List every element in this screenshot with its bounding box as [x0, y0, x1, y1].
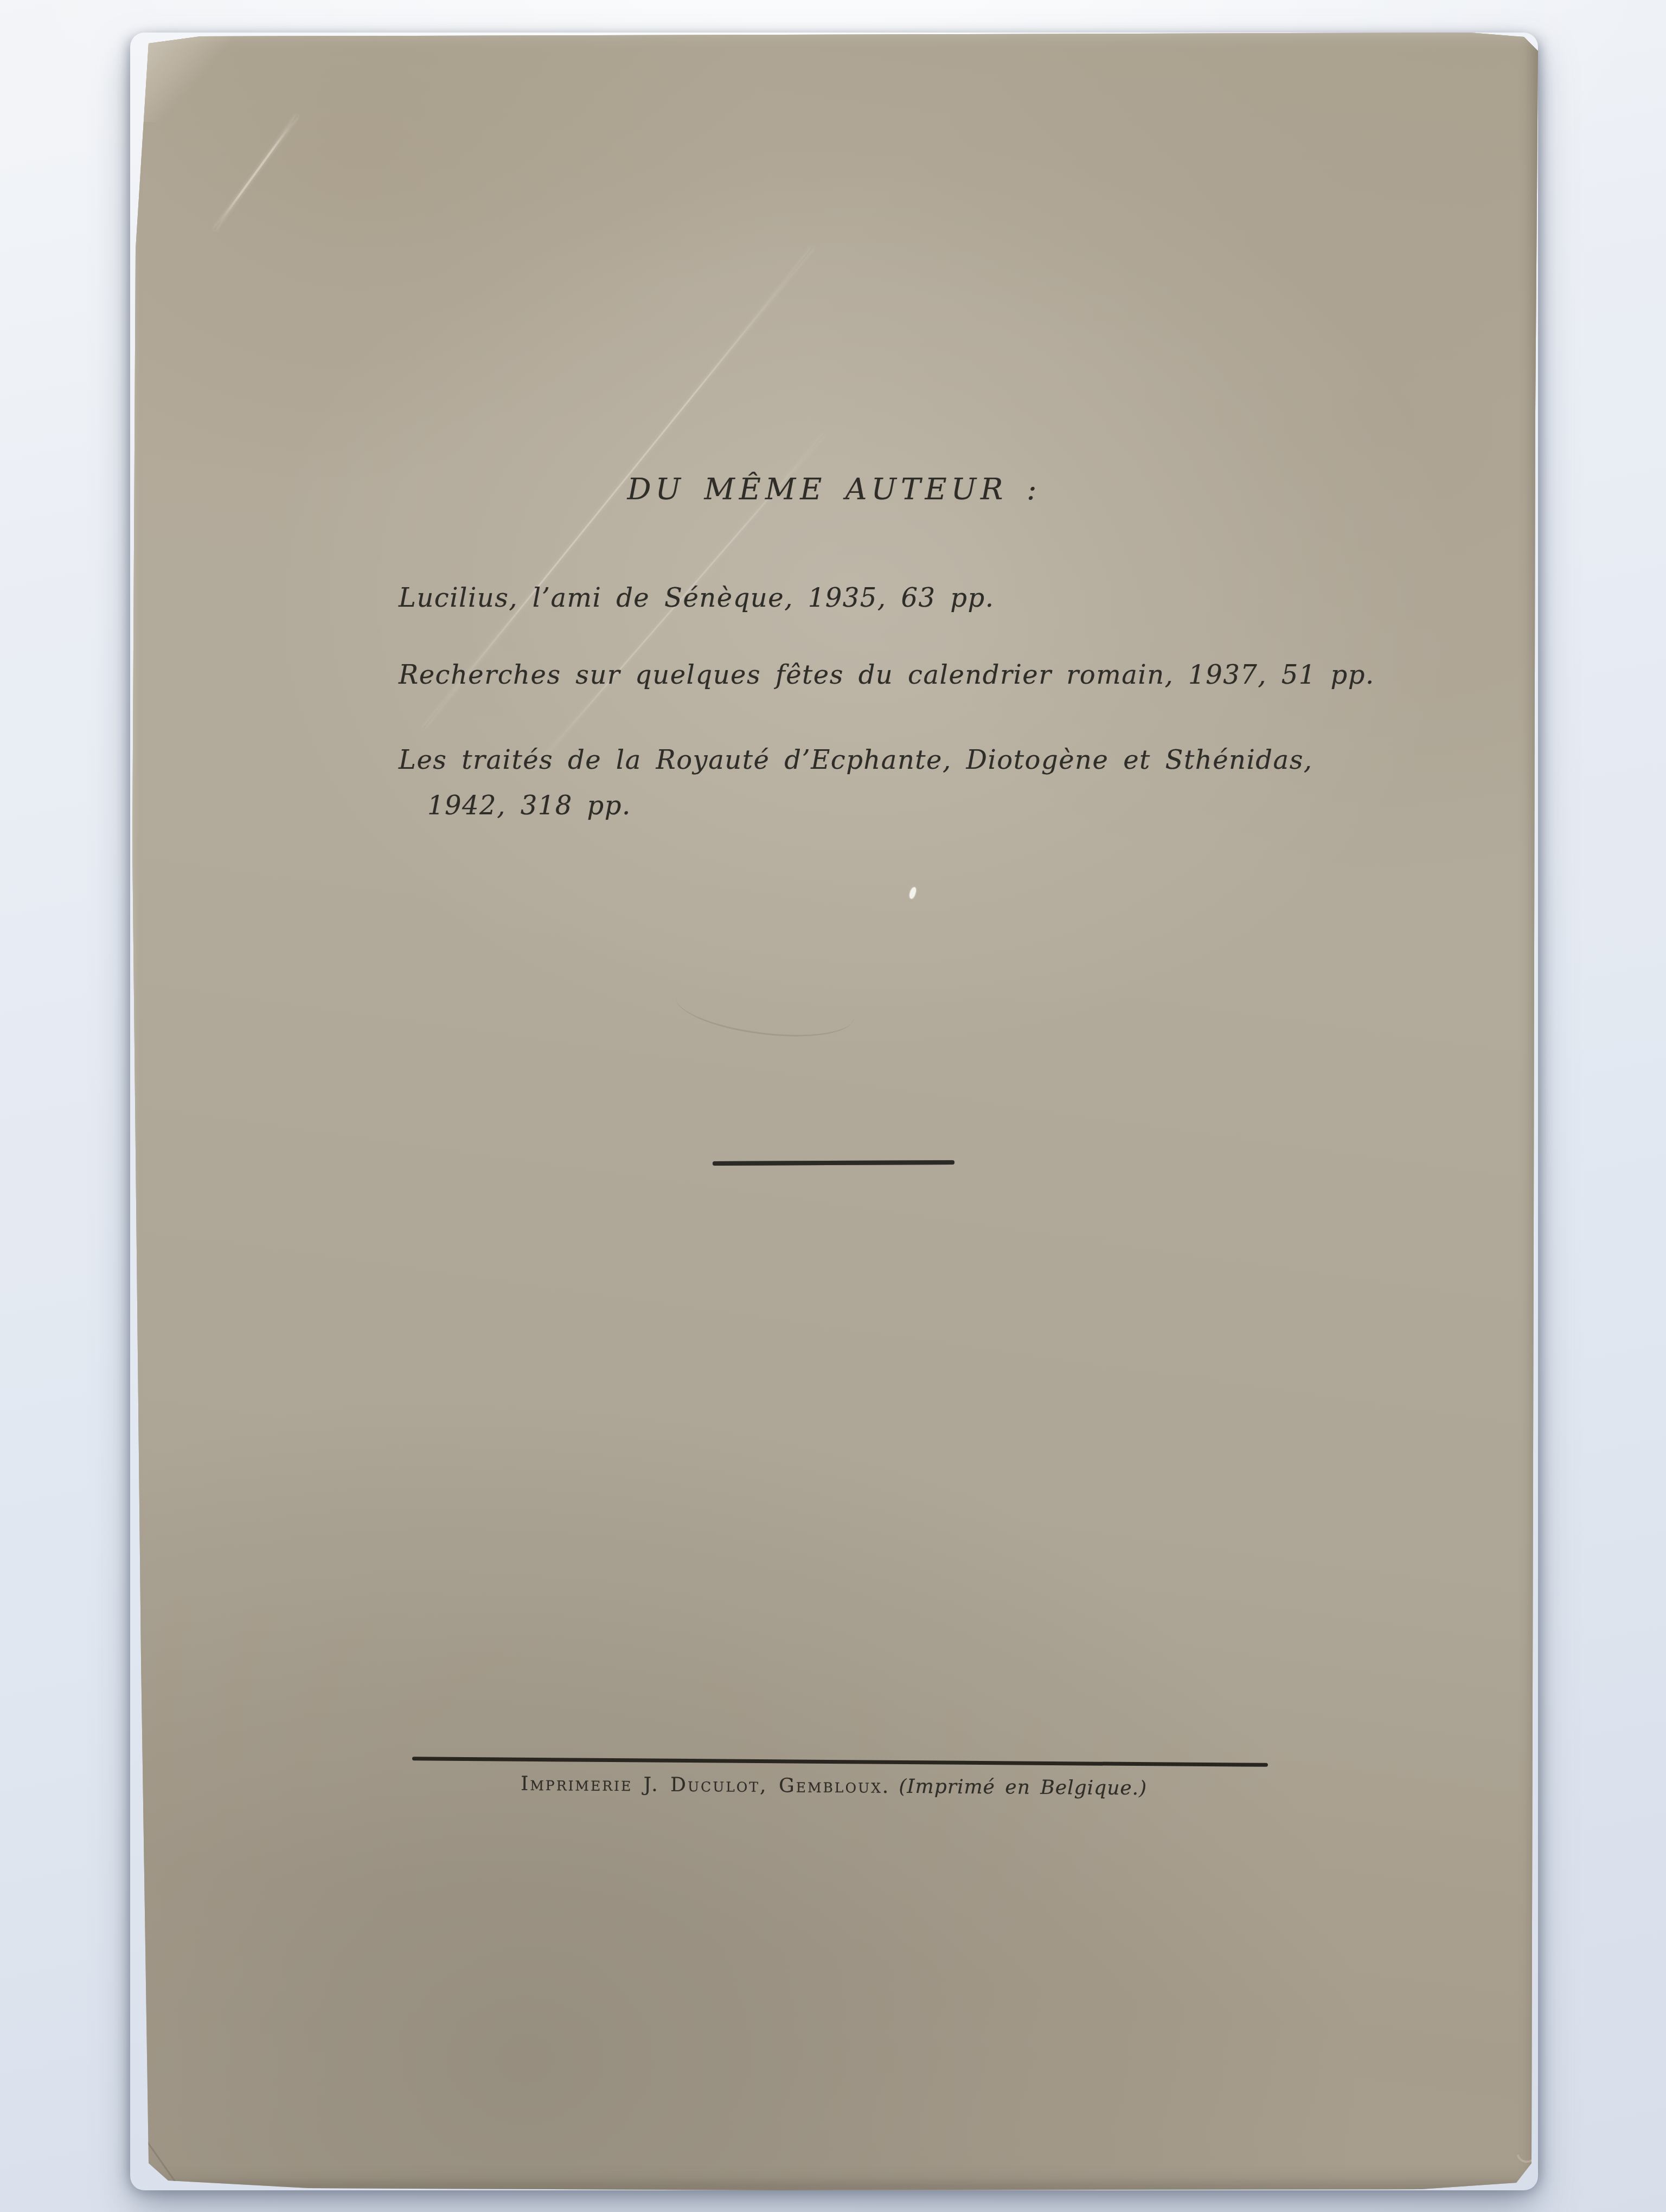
- book-cover-shadow: DU MÊME AUTEUR : Lucilius, l’ami de Sénè…: [130, 33, 1538, 2190]
- work-entry-line-1: Les traités de la Royauté d’Ecphante, Di…: [399, 744, 1446, 776]
- imprint-printer: Imprimerie J. Duculot, Gembloux.: [521, 1773, 890, 1798]
- work-entry: Recherches sur quelques fêtes du calendr…: [399, 659, 1446, 691]
- paper-crease: [672, 970, 856, 1045]
- work-entry-line-2: 1942, 318 pp.: [427, 789, 1446, 822]
- colophon: Imprimerie J. Duculot, Gembloux.(Imprimé…: [130, 1754, 1538, 1765]
- paper-speck: [908, 886, 917, 899]
- corner-fold-top-left: [130, 33, 230, 122]
- colophon-rule: [412, 1757, 1268, 1767]
- page-heading: DU MÊME AUTEUR :: [130, 473, 1538, 506]
- book-cover: DU MÊME AUTEUR : Lucilius, l’ami de Sénè…: [130, 33, 1538, 2190]
- paper-crease: [214, 115, 298, 230]
- paper-fiber-bottom-right: [1511, 2131, 1545, 2166]
- imprint-note: (Imprimé en Belgique.): [899, 1776, 1147, 1799]
- imprint-line: Imprimerie J. Duculot, Gembloux.(Imprimé…: [130, 1769, 1538, 1804]
- separator-rule: [713, 1160, 954, 1166]
- photo-backdrop: DU MÊME AUTEUR : Lucilius, l’ami de Sénè…: [0, 0, 1666, 2212]
- work-entry: Lucilius, l’ami de Sénèque, 1935, 63 pp.: [399, 582, 1446, 614]
- paper-crack-bottom-left: [120, 2103, 188, 2200]
